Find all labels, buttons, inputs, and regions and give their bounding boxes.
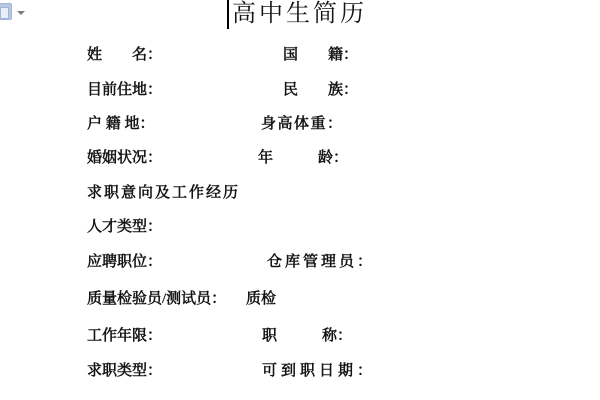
form-row: 目前住地： 民 族： (0, 82, 600, 100)
field-work-years-label: 工作年限： (87, 328, 162, 345)
document-title: 高中生简历 (232, 0, 367, 29)
field-marital-status-label: 婚姻状况： (87, 150, 162, 167)
field-job-title-label: 职 称： (262, 328, 352, 345)
field-name-label: 姓 名： (87, 47, 162, 64)
field-warehouse-keeper-label: 仓库管理员： (267, 254, 375, 271)
section-job-intention-experience: 求职意向及工作经历 (87, 185, 240, 202)
clipboard-paste-icon (0, 3, 12, 20)
field-talent-type-label: 人才类型： (87, 219, 162, 236)
field-job-type-label: 求职类型： (87, 363, 162, 380)
field-ethnicity-label: 民 族： (283, 82, 358, 99)
field-height-weight-label: 身高体重： (261, 116, 344, 133)
paste-options-button[interactable] (0, 3, 27, 21)
field-household-registration-label: 户 籍 地： (87, 116, 155, 133)
field-position-applied-label: 应聘职位： (87, 254, 162, 271)
field-quality-inspector-label: 质量检验员/测试员： (87, 291, 226, 308)
document-page[interactable]: 高中生简历 姓 名： 国 籍： 目前住地： 民 族： 户 籍 地： 身高体重： … (0, 0, 600, 400)
chevron-down-icon (17, 11, 25, 15)
form-row: 婚姻状况： 年 龄： (0, 150, 600, 168)
quality-inspection-value: 质检 (246, 291, 276, 308)
field-current-residence-label: 目前住地： (87, 82, 162, 99)
field-available-date-label: 可到职日期： (262, 363, 376, 380)
field-nationality-label: 国 籍： (283, 47, 358, 64)
form-row: 求职类型： 可到职日期： (0, 363, 600, 381)
form-row: 户 籍 地： 身高体重： (0, 116, 600, 134)
form-row: 人才类型： (0, 219, 600, 237)
field-age-label: 年 龄： (258, 150, 348, 167)
form-row: 质量检验员/测试员： 质检 (0, 291, 600, 309)
form-row: 求职意向及工作经历 (0, 185, 600, 203)
text-cursor (227, 0, 229, 29)
form-row: 应聘职位： 仓库管理员： (0, 254, 600, 272)
form-row: 工作年限： 职 称： (0, 328, 600, 346)
form-row: 姓 名： 国 籍： (0, 47, 600, 65)
